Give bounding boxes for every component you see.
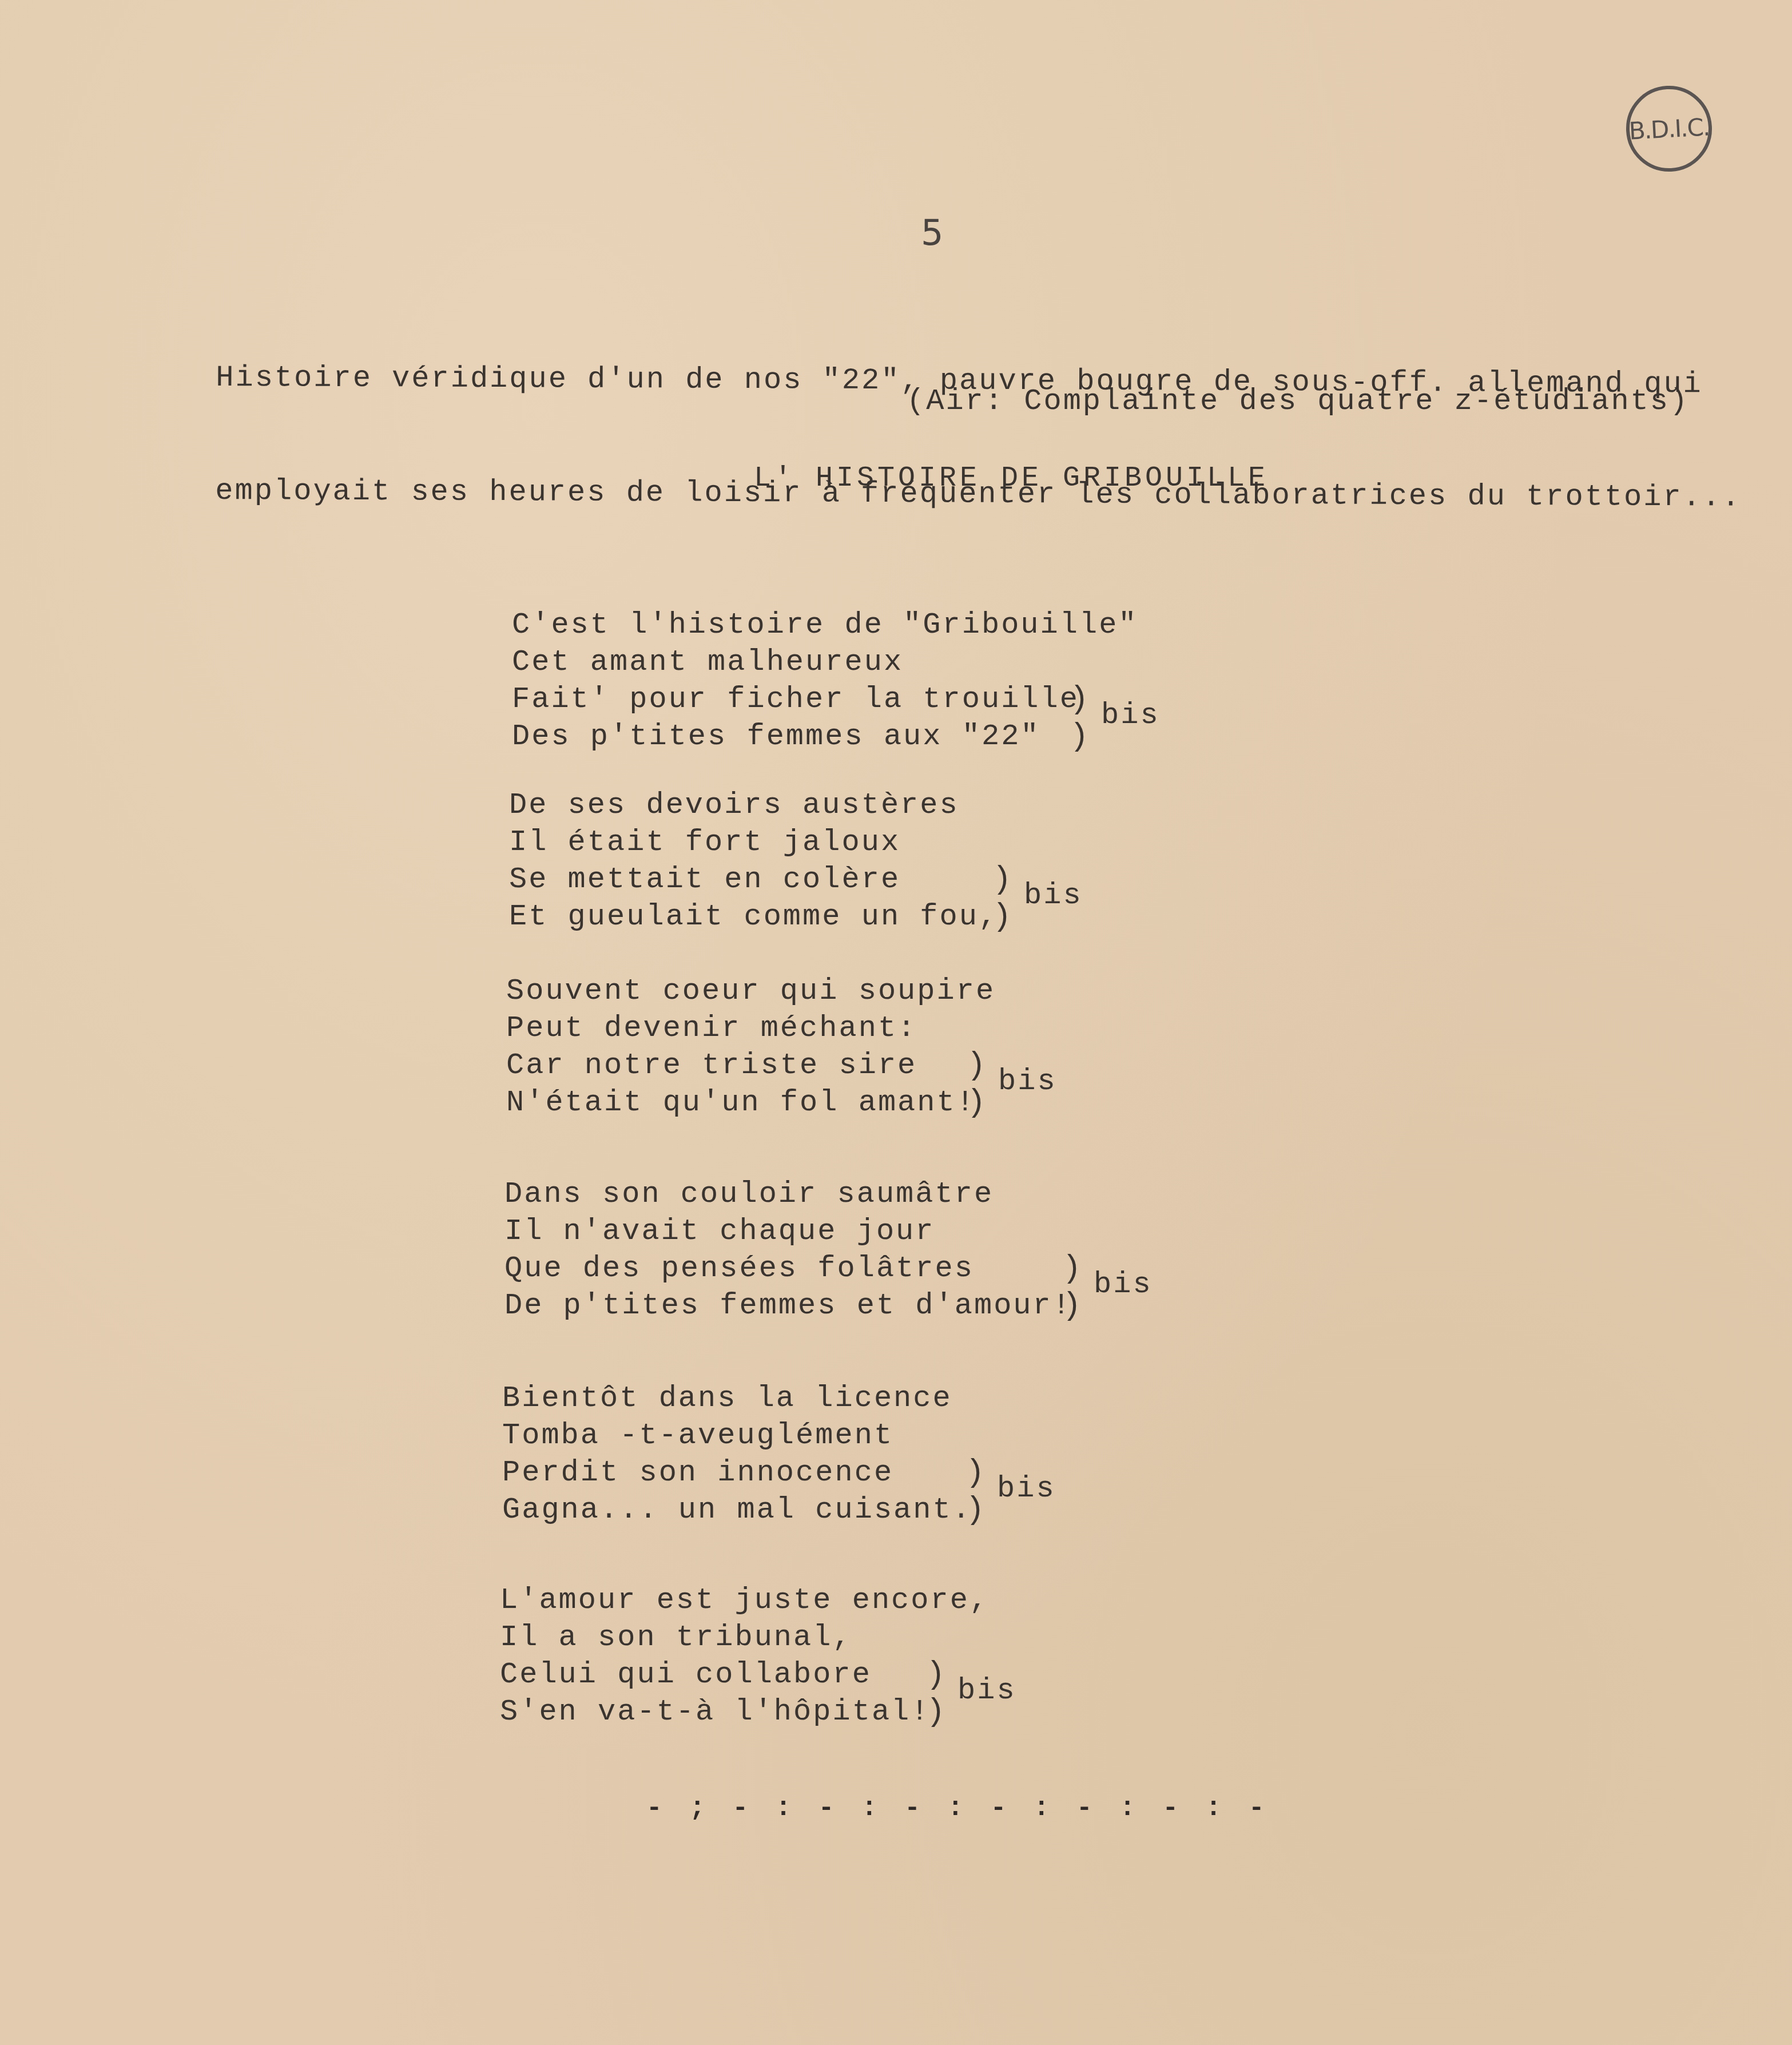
page-number: 5 bbox=[921, 212, 943, 253]
stanza-line: Des p'tites femmes aux "22" bbox=[512, 718, 1138, 755]
stanza-line: Tomba -t-aveuglément bbox=[502, 1417, 972, 1454]
stanza-line: Bientôt dans la licence bbox=[502, 1380, 972, 1417]
stanza-1: C'est l'histoire de "Gribouille" Cet ama… bbox=[512, 606, 1138, 755]
stanza-line: N'était qu'un fol amant! bbox=[506, 1084, 995, 1121]
bracket-glyph: ) bbox=[992, 861, 1014, 898]
stanza-line: Et gueulait comme un fou, bbox=[509, 898, 998, 935]
stanza-line: S'en va-t-à l'hôpital! bbox=[500, 1693, 989, 1730]
stanza-line: Se mettait en colère bbox=[509, 861, 998, 898]
stanza-4: Dans son couloir saumâtre Il n'avait cha… bbox=[504, 1176, 1072, 1324]
bracket-glyph: ) bbox=[1070, 718, 1091, 755]
bracket-glyph: ) bbox=[926, 1693, 947, 1730]
bracket-glyph: ) bbox=[965, 1454, 987, 1491]
stanza-line: De ses devoirs austères bbox=[509, 787, 998, 824]
stanza-6: L'amour est juste encore, Il a son tribu… bbox=[500, 1582, 989, 1730]
stanza-line: Celui qui collabore bbox=[500, 1656, 989, 1693]
stanza-line: De p'tites femmes et d'amour! bbox=[504, 1287, 1072, 1324]
bis-label: bis bbox=[997, 1470, 1056, 1507]
bracket-glyph: ) bbox=[965, 1491, 987, 1528]
bracket-glyph: ) bbox=[1070, 681, 1091, 718]
bracket-glyph: ) bbox=[992, 898, 1014, 935]
stanza-line: Cet amant malheureux bbox=[512, 644, 1138, 681]
stanza-5: Bientôt dans la licence Tomba -t-aveuglé… bbox=[502, 1380, 972, 1528]
bracket-glyph: ) bbox=[967, 1084, 988, 1121]
stanza-line: Il n'avait chaque jour bbox=[504, 1213, 1072, 1250]
stanza-line: Il était fort jaloux bbox=[509, 824, 998, 861]
bis-label: bis bbox=[1101, 697, 1160, 734]
closing-separator: - ; - : - : - : - : - : - : - bbox=[646, 1793, 1270, 1823]
bis-label: bis bbox=[1094, 1266, 1153, 1303]
bis-label: bis bbox=[1024, 877, 1083, 914]
stanza-3: Souvent coeur qui soupire Peut devenir m… bbox=[506, 972, 995, 1121]
stamp-text: B.D.I.C. bbox=[1628, 113, 1710, 145]
stanza-line: Perdit son innocence bbox=[502, 1454, 972, 1491]
stanza-line: Dans son couloir saumâtre bbox=[504, 1176, 1072, 1213]
stanza-line: Peut devenir méchant: bbox=[506, 1010, 995, 1047]
bracket-glyph: ) bbox=[1062, 1250, 1083, 1287]
stanza-line: Que des pensées folâtres bbox=[504, 1250, 1072, 1287]
stanza-line: C'est l'histoire de "Gribouille" bbox=[512, 606, 1138, 644]
stanza-2: De ses devoirs austères Il était fort ja… bbox=[509, 787, 998, 935]
bracket-glyph: ) bbox=[926, 1656, 947, 1693]
bis-label: bis bbox=[957, 1672, 1016, 1709]
tune-indication: (Air: Complainte des quatre z-étudiants) bbox=[907, 384, 1689, 418]
bracket-glyph: ) bbox=[967, 1047, 988, 1084]
stanza-line: Il a son tribunal, bbox=[500, 1619, 989, 1656]
intro-paragraph: Histoire véridique d'un de nos "22", pau… bbox=[215, 284, 1703, 554]
song-title: L' HISTOIRE DE GRIBOUILLE bbox=[754, 462, 1269, 495]
stanza-line: Gagna... un mal cuisant. bbox=[502, 1491, 972, 1528]
stanza-line: Car notre triste sire bbox=[506, 1047, 995, 1084]
stanza-line: Fait' pour ficher la trouille bbox=[512, 681, 1138, 718]
bracket-glyph: ) bbox=[1062, 1287, 1083, 1324]
bis-label: bis bbox=[998, 1063, 1057, 1100]
stanza-line: Souvent coeur qui soupire bbox=[506, 972, 995, 1010]
stanza-line: L'amour est juste encore, bbox=[500, 1582, 989, 1619]
